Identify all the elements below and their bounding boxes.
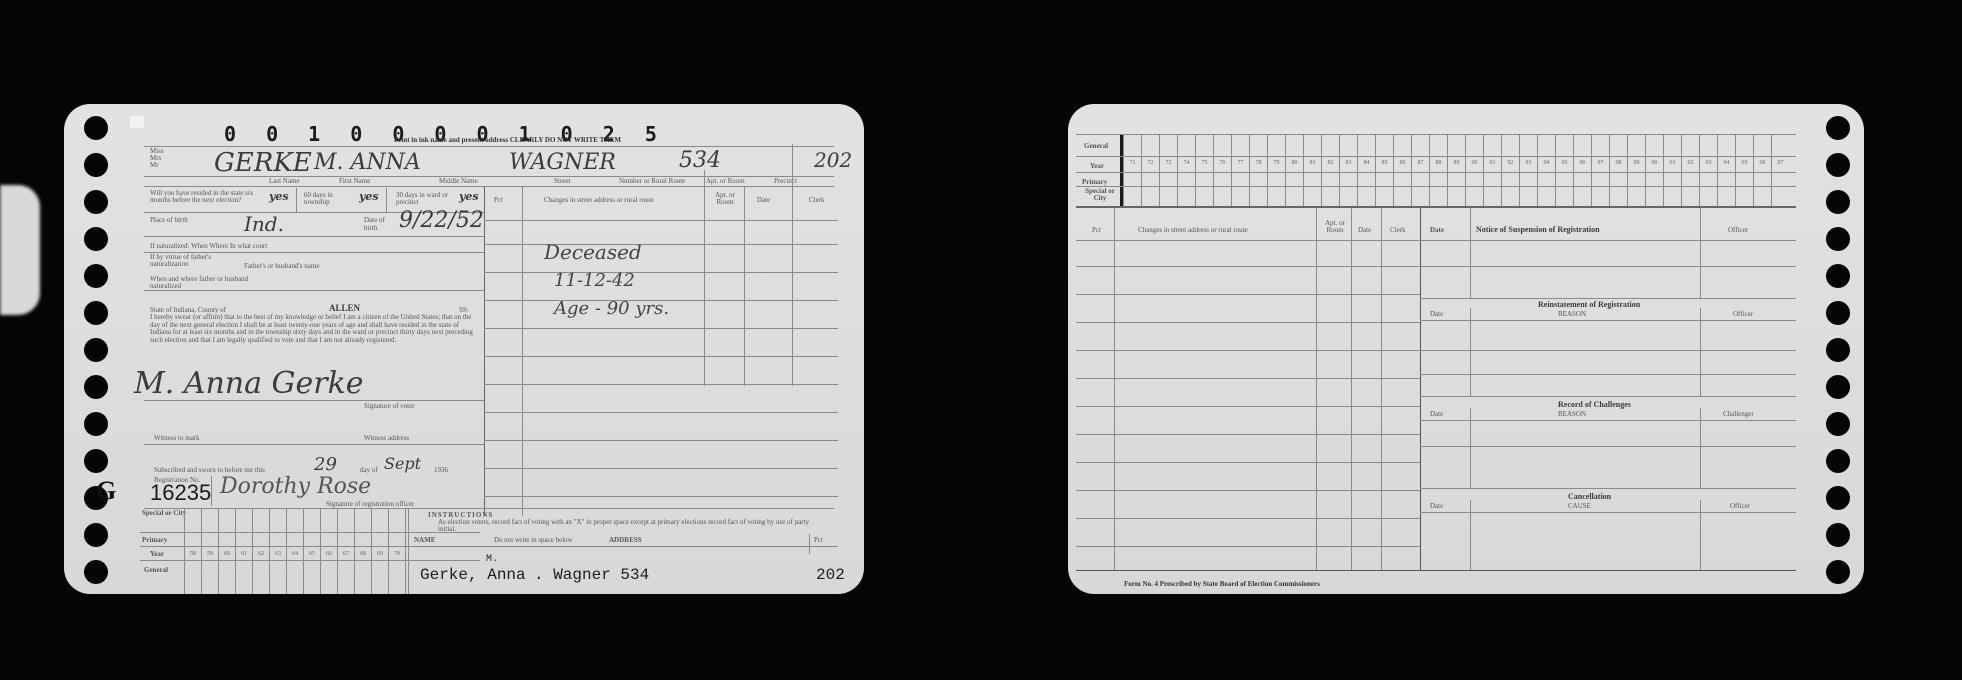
punch-hole (1826, 412, 1850, 436)
punch-hole (84, 523, 108, 547)
punch-hole (1826, 264, 1850, 288)
punch-hole (1826, 227, 1850, 251)
card-edge-fragment (0, 185, 40, 315)
oath-text: I hereby swear (or affirm) that to the b… (150, 314, 480, 344)
resided-answer: yes (269, 190, 289, 203)
typed-address: . Wagner 534 (534, 566, 649, 584)
punch-hole (1826, 375, 1850, 399)
white-marker (130, 116, 144, 128)
form-footer: Form No. 4 Prescribed by State Board of … (1124, 580, 1320, 588)
punch-hole (1826, 486, 1850, 510)
punch-hole (84, 560, 108, 584)
registration-letter: G (96, 476, 116, 506)
punch-hole (84, 264, 108, 288)
cancellation-title: Cancellation (1568, 492, 1611, 501)
voter-signature: M. Anna Gerke (134, 366, 364, 401)
place-of-birth: Ind. (244, 212, 284, 236)
punch-hole (84, 227, 108, 251)
date-of-birth: 9/22/52 (399, 208, 484, 233)
sworn-month: Sept (384, 454, 421, 473)
suspension-title: Notice of Suspension of Registration (1476, 225, 1600, 234)
registration-card-front: 0 0 1 0 0 0 0 1 0 2 5 Print in ink name … (64, 104, 864, 594)
township-answer: yes (359, 190, 379, 203)
reinstatement-title: Reinstatement of Registration (1538, 300, 1640, 309)
punch-hole (1826, 301, 1850, 325)
age-at-death: Age - 90 yrs. (554, 298, 669, 319)
punch-hole (84, 338, 108, 362)
voting-grid-right: 71 72 73 74 75 76 77 78 79 80 81 82 83 8… (1123, 134, 1789, 206)
title-prefixes: Miss Mrs Mr (150, 148, 164, 169)
county-name: ALLEN (329, 303, 360, 313)
voting-grid-left: 58 59 60 61 62 63 64 65 66 67 68 69 70 (184, 508, 445, 594)
street-name: WAGNER (509, 150, 616, 175)
precinct-number: 202 (814, 148, 852, 172)
punch-hole (84, 116, 108, 140)
typed-middle-initial: M. (486, 554, 498, 565)
punch-hole (1826, 116, 1850, 140)
last-name: GERKE (214, 148, 312, 178)
punch-hole (84, 412, 108, 436)
punch-hole (1826, 190, 1850, 214)
punch-hole (84, 301, 108, 325)
registration-card-back: General Year Primary Special or City 71 … (1068, 104, 1864, 594)
punch-hole (84, 153, 108, 177)
registration-number: 16235 (150, 480, 211, 506)
death-date: 11-12-42 (554, 270, 635, 291)
ward-answer: yes (459, 190, 479, 203)
challenges-title: Record of Challenges (1558, 400, 1631, 409)
punch-hole (1826, 153, 1850, 177)
first-name: M. ANNA (314, 150, 421, 175)
house-number: 534 (679, 148, 721, 173)
sworn-year: 1936 (434, 466, 448, 474)
officer-signature: Dorothy Rose (220, 474, 371, 499)
header-instruction: Print in ink name and present address CL… (394, 136, 621, 144)
deceased-note: Deceased (544, 240, 642, 264)
punch-hole (84, 375, 108, 399)
punch-hole (84, 190, 108, 214)
punch-hole (84, 449, 108, 473)
punch-hole (1826, 523, 1850, 547)
instructions-text: As election voters, record fact of votin… (438, 519, 828, 533)
typed-precinct: 202 (816, 566, 845, 584)
punch-hole (1826, 560, 1850, 584)
punch-hole (1826, 338, 1850, 362)
sworn-day: 29 (314, 454, 337, 475)
typed-name: Gerke, Anna (420, 566, 526, 584)
punch-hole (1826, 449, 1850, 473)
